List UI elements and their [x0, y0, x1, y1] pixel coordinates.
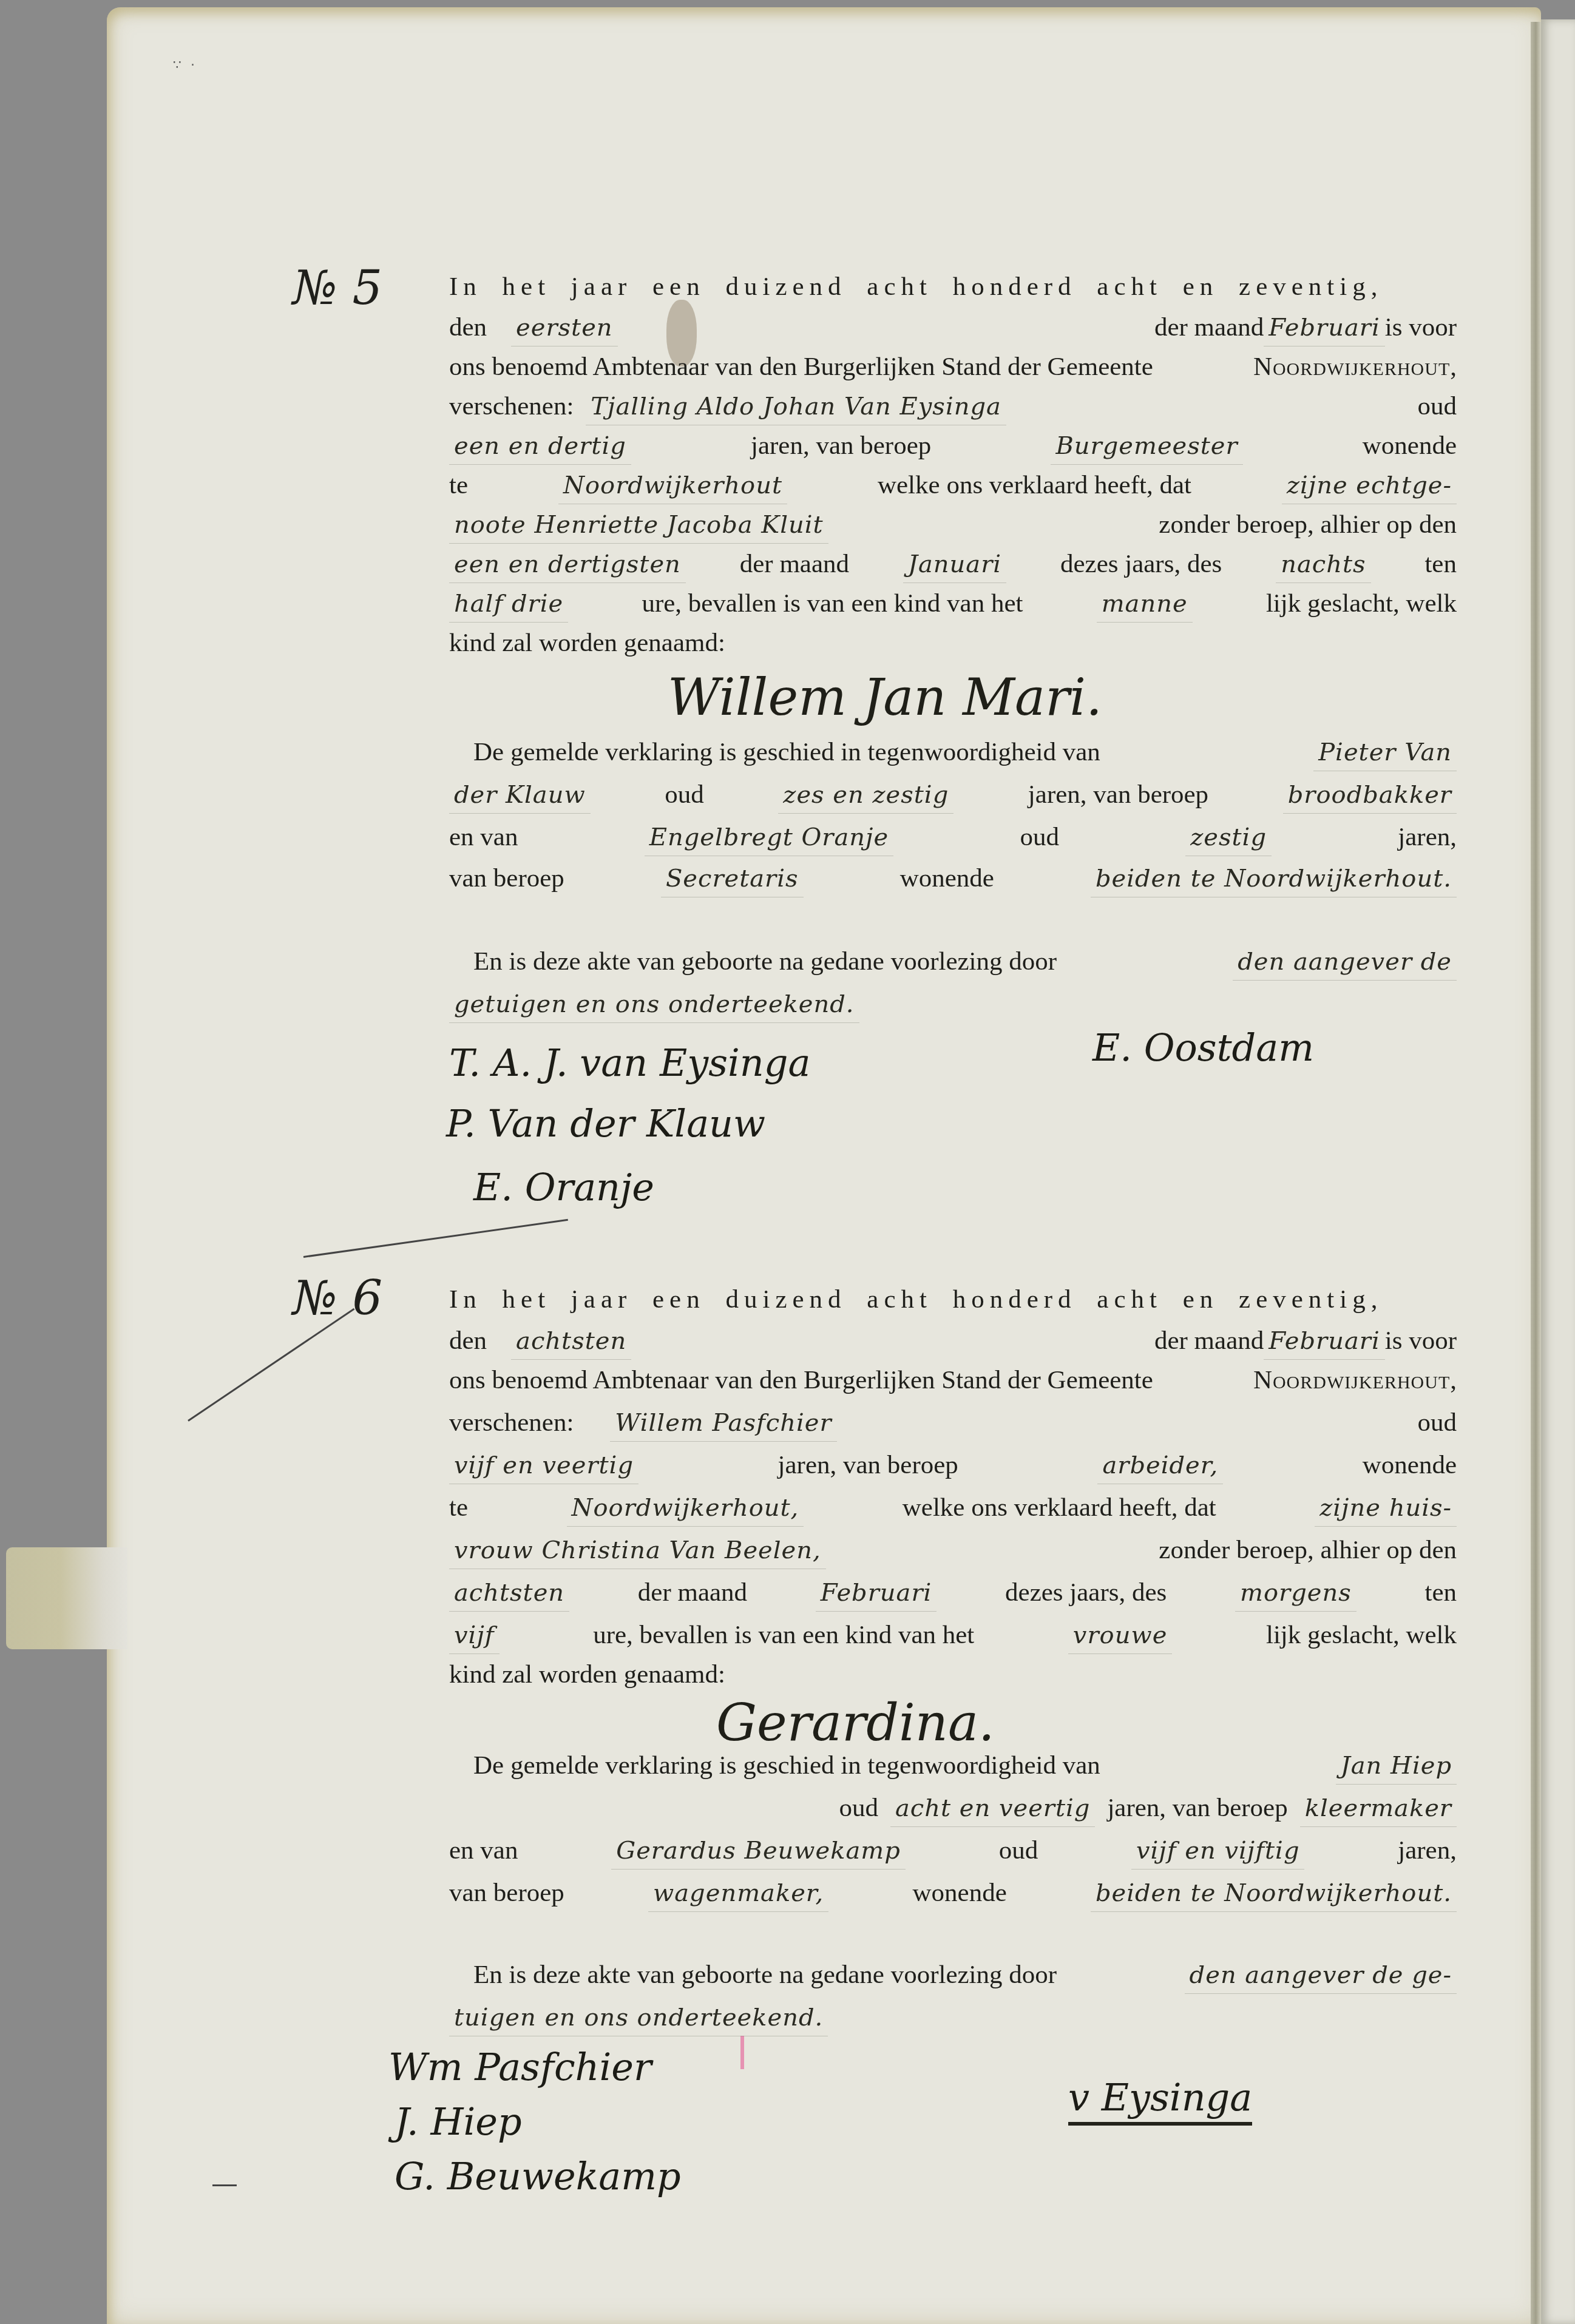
handwritten-witness1-name: Jan Hiep: [1336, 1748, 1457, 1785]
entry6-line-official: ons benoemd Ambtenaar van den Burgerlijk…: [449, 1362, 1457, 1399]
printed-text: is voor: [1385, 1323, 1457, 1359]
entry6-line-year: In het jaar een duizend acht honderd ach…: [449, 1282, 1457, 1318]
printed-text: En is deze akte van geboorte na gedane v…: [473, 944, 1057, 980]
entry5-line-age: een en dertig jaren, van beroep Burgemee…: [449, 428, 1457, 465]
facing-page-edge: [1541, 19, 1575, 2324]
entry5-line-witness1-details: der Klauw oud zes en zestig jaren, van b…: [449, 777, 1457, 814]
entry6-line-closing-2: tuigen en ons onderteekend.: [449, 1999, 1457, 2036]
handwritten-witness2-name: Gerardus Beuwekamp: [611, 1833, 906, 1870]
handwritten-day: achtsten: [511, 1323, 631, 1360]
handwritten-daypart: nachts: [1276, 546, 1370, 583]
entry6-child-name: Gerardina.: [716, 1693, 995, 1752]
printed-text: ons benoemd Ambtenaar van den Burgerlijk…: [449, 1362, 1153, 1399]
handwritten-closing: den aangever de ge-: [1185, 1957, 1457, 1994]
punctuation: ,: [1450, 353, 1457, 381]
handwritten-residence: Noordwijkerhout: [558, 467, 787, 504]
printed-text: wonende: [1363, 428, 1457, 464]
entry5-line-witness2: en van Engelbregt Oranje oud zestig jare…: [449, 819, 1457, 856]
printed-text: welke ons verklaard heeft, dat: [903, 1490, 1216, 1526]
printed-text: dezes jaars, des: [1005, 1575, 1167, 1611]
printed-text: en van: [449, 1833, 518, 1869]
entry6-line-birth-time: vijf ure, bevallen is van een kind van h…: [449, 1617, 1457, 1654]
handwritten-sex: manne: [1097, 586, 1193, 623]
printed-text: oud: [665, 777, 704, 813]
entry6-line-birth-date: achtsten der maand Februari dezes jaars,…: [449, 1575, 1457, 1612]
printed-text: jaren,: [1398, 819, 1457, 856]
entry6-line-named: kind zal worden genaamd:: [449, 1657, 1457, 1693]
printed-text: oud: [1418, 1405, 1457, 1441]
handwritten-relation: zijne echtge-: [1282, 467, 1457, 504]
printed-text: ure, bevallen is van een kind van het: [642, 586, 1023, 622]
entry6-line-witness1: De gemelde verklaring is geschied in teg…: [473, 1748, 1457, 1785]
signature-witness1: J. Hiep: [395, 2099, 522, 2144]
entry6-line-witness2-details: van beroep wagenmaker, wonende beiden te…: [449, 1875, 1457, 1912]
entry5-line-declarant: verschenen: Tjalling Aldo Johan Van Eysi…: [449, 388, 1457, 425]
handwritten-declarant-name: Willem Pasfchier: [610, 1405, 836, 1442]
printed-text: te: [449, 467, 468, 504]
entry6-line-age: vijf en veertig jaren, van beroep arbeid…: [449, 1447, 1457, 1484]
handwritten-witness1-surname: der Klauw: [449, 777, 591, 814]
handwritten-residence: Noordwijkerhout,: [567, 1490, 804, 1527]
handwritten-birth-month: Januari: [903, 546, 1006, 583]
entry6-line-declarant: verschenen: Willem Pasfchier oud: [449, 1405, 1457, 1442]
handwritten-relation: zijne huis-: [1315, 1490, 1457, 1527]
margin-dash: [212, 2184, 237, 2186]
entry5-line-witness2-details: van beroep Secretaris wonende beiden te …: [449, 860, 1457, 897]
handwritten-witness1-profession: kleermaker: [1300, 1790, 1457, 1827]
printed-text: zonder beroep, alhier op den: [1159, 1532, 1457, 1569]
handwritten-mother-name: vrouw Christina Van Beelen,: [449, 1532, 826, 1569]
printed-text: der maand: [1154, 309, 1264, 346]
entry5-line-date: den eersten der maand Februari is voor: [449, 309, 1457, 346]
page-index-tab[interactable]: [6, 1547, 127, 1649]
printed-text: kind zal worden genaamd:: [449, 1657, 725, 1693]
signature-declarant: T. A. J. van Eysinga: [449, 1041, 810, 1085]
handwritten-month: Februari: [1264, 309, 1385, 346]
printed-text: jaren, van beroep: [751, 428, 931, 464]
printed-text: van beroep: [449, 1875, 564, 1911]
printed-text: jaren, van beroep: [1028, 777, 1208, 813]
printed-text: De gemelde verklaring is geschied in teg…: [473, 734, 1100, 771]
handwritten-witness2-profession: Secretaris: [661, 860, 804, 897]
handwritten-time: half drie: [449, 586, 568, 623]
handwritten-time: vijf: [449, 1617, 500, 1654]
signature-witness1: P. Van der Klauw: [446, 1101, 765, 1146]
printed-text: en van: [449, 819, 518, 856]
entry5-line-mother: noote Henriette Jacoba Kluit zonder bero…: [449, 507, 1457, 544]
handwritten-mother-name: noote Henriette Jacoba Kluit: [449, 507, 828, 544]
printed-text: den: [449, 309, 487, 346]
entry5-line-closing: En is deze akte van geboorte na gedane v…: [473, 944, 1457, 981]
printed-text: lijk geslacht, welk: [1266, 586, 1457, 622]
printed-text: dezes jaars, des: [1060, 546, 1222, 583]
entry6-line-mother: vrouw Christina Van Beelen, zonder beroe…: [449, 1532, 1457, 1569]
printed-text: verschenen:: [449, 388, 574, 425]
printed-text: jaren, van beroep: [1107, 1790, 1287, 1826]
handwritten-day: eersten: [511, 309, 618, 346]
entry6-line-closing: En is deze akte van geboorte na gedane v…: [473, 1957, 1457, 1994]
entry5-line-birth-date: een en dertigsten der maand Januari deze…: [449, 546, 1457, 583]
handwritten-age: een en dertig: [449, 428, 631, 465]
handwritten-witness1-age: zes en zestig: [778, 777, 953, 814]
handwritten-birth-day: een en dertigsten: [449, 546, 686, 583]
printed-text: welke ons verklaard heeft, dat: [878, 467, 1191, 504]
printed-text: den: [449, 1323, 487, 1359]
printed-text: ten: [1424, 546, 1457, 583]
municipality-name: Noordwijkerhout: [1253, 1366, 1450, 1394]
printed-text: te: [449, 1490, 468, 1526]
handwritten-daypart: morgens: [1235, 1575, 1357, 1612]
printed-text: In het jaar een duizend acht honderd ach…: [449, 1282, 1383, 1318]
printed-text: In het jaar een duizend acht honderd ach…: [449, 269, 1383, 305]
municipality-name: Noordwijkerhout: [1253, 353, 1450, 381]
handwritten-birth-day: achtsten: [449, 1575, 569, 1612]
handwritten-profession: Burgemeester: [1051, 428, 1242, 465]
printed-text: wonende: [900, 860, 994, 897]
entry5-line-named: kind zal worden genaamd:: [449, 625, 1457, 661]
handwritten-witness2-profession: wagenmaker,: [648, 1875, 828, 1912]
handwritten-closing: den aangever de: [1233, 944, 1457, 981]
printed-text: En is deze akte van geboorte na gedane v…: [473, 1957, 1057, 1993]
signature-witness2: E. Oranje: [473, 1165, 654, 1209]
printed-text: wonende: [913, 1875, 1007, 1911]
entry5-line-birth-time: half drie ure, bevallen is van een kind …: [449, 586, 1457, 623]
printed-text: oud: [839, 1790, 878, 1826]
printed-text: verschenen:: [449, 1405, 574, 1441]
entry6-line-date: den achtsten der maand Februari is voor: [449, 1323, 1457, 1360]
punctuation: ,: [1450, 1366, 1457, 1394]
handwritten-witness2-age: zestig: [1185, 819, 1272, 856]
handwritten-witness1-age: acht en veertig: [890, 1790, 1095, 1827]
handwritten-sex: vrouwe: [1068, 1617, 1172, 1654]
printed-text: ten: [1424, 1575, 1457, 1611]
printed-text: is voor: [1385, 309, 1457, 346]
entry-number-5: № 5: [293, 261, 382, 316]
printed-text: der maand: [740, 546, 849, 583]
printed-text: ons benoemd Ambtenaar van den Burgerlijk…: [449, 349, 1153, 385]
printed-text: wonende: [1363, 1447, 1457, 1484]
handwritten-closing-2: getuigen en ons onderteekend.: [449, 986, 859, 1023]
printed-text: De gemelde verklaring is geschied in teg…: [473, 1748, 1100, 1784]
entry6-line-witness2: en van Gerardus Beuwekamp oud vijf en vi…: [449, 1833, 1457, 1870]
printed-text: oud: [1020, 819, 1059, 856]
entry5-line-closing-2: getuigen en ons onderteekend.: [449, 986, 1457, 1023]
handwritten-profession: arbeider,: [1097, 1447, 1223, 1484]
printed-text: lijk geslacht, welk: [1266, 1617, 1457, 1653]
book-gutter: [1531, 22, 1541, 2324]
handwritten-age: vijf en veertig: [449, 1447, 638, 1484]
entry5-line-official: ons benoemd Ambtenaar van den Burgerlijk…: [449, 349, 1457, 385]
printed-text: oud: [1418, 388, 1457, 425]
handwritten-witness1-profession: broodbakker: [1283, 777, 1457, 814]
entry5-child-name: Willem Jan Mari.: [668, 667, 1102, 727]
printed-text: ure, bevallen is van een kind van het: [593, 1617, 974, 1653]
handwritten-closing-2: tuigen en ons onderteekend.: [449, 1999, 828, 2036]
handwritten-witness2-name: Engelbregt Oranje: [645, 819, 893, 856]
printed-text: der maand: [1154, 1323, 1264, 1359]
entry6-line-witness1-details: oud acht en veertig jaren, van beroep kl…: [449, 1790, 1457, 1827]
handwritten-witness-residence: beiden te Noordwijkerhout.: [1091, 860, 1457, 897]
entry5-line-residence: te Noordwijkerhout welke ons verklaard h…: [449, 467, 1457, 504]
printed-text: jaren, van beroep: [778, 1447, 958, 1484]
printed-text: kind zal worden genaamd:: [449, 625, 725, 661]
handwritten-witness1-name: Pieter Van: [1313, 734, 1457, 771]
handwritten-birth-month: Februari: [816, 1575, 937, 1612]
entry5-line-witness1: De gemelde verklaring is geschied in teg…: [473, 734, 1457, 771]
signature-official: E. Oostdam: [1092, 1025, 1314, 1070]
entry-number-6: № 6: [293, 1271, 382, 1326]
printed-text: van beroep: [449, 860, 564, 897]
ink-blot-marks: ∵ ·: [173, 58, 197, 73]
pink-pencil-mark: [740, 2036, 744, 2069]
signature-official: v Eysinga: [1068, 2075, 1252, 2126]
handwritten-month: Februari: [1264, 1323, 1385, 1360]
printed-text: jaren,: [1398, 1833, 1457, 1869]
signature-witness2: G. Beuwekamp: [395, 2154, 681, 2198]
handwritten-declarant-name: Tjalling Aldo Johan Van Eysinga: [586, 388, 1006, 425]
handwritten-witness-residence: beiden te Noordwijkerhout.: [1091, 1875, 1457, 1912]
entry5-line-year: In het jaar een duizend acht honderd ach…: [449, 269, 1457, 305]
handwritten-witness2-age: vijf en vijftig: [1131, 1833, 1305, 1870]
printed-text: der maand: [638, 1575, 747, 1611]
signature-declarant: Wm Pasfchier: [388, 2045, 652, 2089]
printed-text: zonder beroep, alhier op den: [1159, 507, 1457, 543]
entry6-line-residence: te Noordwijkerhout, welke ons verklaard …: [449, 1490, 1457, 1527]
printed-text: oud: [999, 1833, 1038, 1869]
